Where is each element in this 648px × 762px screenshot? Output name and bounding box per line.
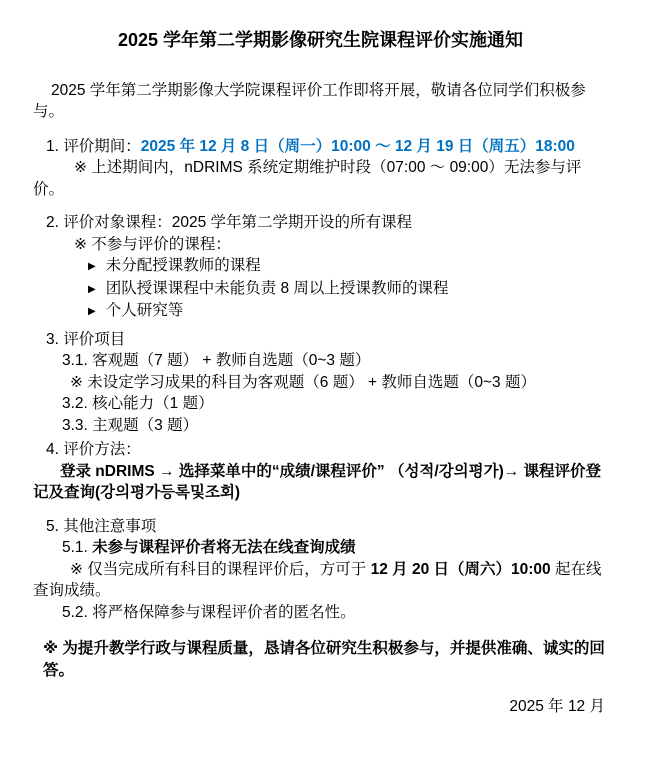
triangle-bullet-icon: ▶ (88, 256, 96, 278)
closing-appeal: ※ 为提升教学行政与课程质量，恳请各位研究生积极参与，并提供准确、诚实的回答。 (43, 638, 608, 681)
section-2-note: ※ 不参与评价的课程： (33, 234, 608, 256)
grade-release-datetime: 12 月 20 日（周六）10:00 (371, 561, 551, 578)
excluded-course-item: ▶团队授课课程中未能负责 8 周以上授课教师的课程 (88, 278, 608, 301)
section-target-courses: 2. 评价对象课程：2025 学年第二学期开设的所有课程 ※ 不参与评价的课程：… (33, 212, 608, 323)
item-subjective-questions: 3.3. 主观题（3 题） (62, 415, 608, 437)
item-5-1-text: 未参与课程评价者将无法在线查询成绩 (92, 539, 356, 556)
method-steps: 登录 nDRIMS → 选择菜单中的“成绩/课程评价” （성적/강의평가)→ 课… (33, 461, 608, 504)
note-grade-inquiry-restriction: 5.1. 未参与课程评价者将无法在线查询成绩 (62, 537, 608, 559)
note-5-prefix: ※ 仅当完成所有科目的课程评价后，方可于 (70, 561, 371, 578)
triangle-bullet-icon: ▶ (88, 279, 96, 301)
notice-title: 2025 学年第二学期影像研究生院课程评价实施通知 (33, 30, 608, 52)
excluded-course-text: 未分配授课教师的课程 (106, 257, 261, 274)
item-objective-questions: 3.1. 客观题（7 题） + 教师自选题（0~3 题） (62, 350, 608, 372)
section-5-heading: 5. 其他注意事项 (46, 516, 608, 538)
intro-paragraph: 2025 学年第二学期影像大学院课程评价工作即将开展，敬请各位同学们积极参与。 (33, 80, 608, 123)
evaluation-period-value: 2025 年 12 月 8 日（周一）10:00 ～ 12 月 19 日（周五）… (141, 138, 575, 155)
item-5-1-number: 5.1. (62, 539, 92, 556)
section-1-note: ※ 上述期间内，nDRIMS 系统定期维护时段（07:00 ～ 09:00）无法… (33, 157, 608, 200)
section-3-note: ※ 未设定学习成果的科目为客观题（6 题） + 教师自选题（0~3 题） (70, 372, 608, 394)
notice-document: 2025 学年第二学期影像研究生院课程评价实施通知 2025 学年第二学期影像大… (0, 0, 648, 718)
note-grade-inquiry-detail: ※ 仅当完成所有科目的课程评价后，方可于 12 月 20 日（周六）10:00 … (33, 559, 608, 602)
section-4-heading: 4. 评价方法： (46, 439, 608, 461)
section-1-heading: 1. 评价期间：2025 年 12 月 8 日（周一）10:00 ～ 12 月 … (46, 136, 608, 158)
note-anonymity: 5.2. 将严格保障参与课程评价者的匿名性。 (62, 602, 608, 624)
excluded-course-item: ▶个人研究等 (88, 300, 608, 323)
section-evaluation-period: 1. 评价期间：2025 年 12 月 8 日（周一）10:00 ～ 12 月 … (33, 136, 608, 201)
excluded-course-text: 团队授课课程中未能负责 8 周以上授课教师的课程 (106, 280, 449, 297)
section-1-label: 1. 评价期间： (46, 138, 141, 155)
section-3-heading: 3. 评价项目 (46, 329, 608, 351)
triangle-bullet-icon: ▶ (88, 301, 96, 323)
excluded-course-text: 个人研究等 (106, 302, 184, 319)
section-other-notes: 5. 其他注意事项 5.1. 未参与课程评价者将无法在线查询成绩 ※ 仅当完成所… (33, 516, 608, 624)
item-core-competency: 3.2. 核心能力（1 题） (62, 393, 608, 415)
excluded-course-item: ▶未分配授课教师的课程 (88, 255, 608, 278)
section-evaluation-method: 4. 评价方法： 登录 nDRIMS → 选择菜单中的“成绩/课程评价” （성적… (33, 439, 608, 504)
section-evaluation-items: 3. 评价项目 3.1. 客观题（7 题） + 教师自选题（0~3 题） ※ 未… (33, 329, 608, 437)
section-2-heading: 2. 评价对象课程：2025 学年第二学期开设的所有课程 (46, 212, 608, 234)
issue-date: 2025 年 12 月 (33, 696, 608, 718)
